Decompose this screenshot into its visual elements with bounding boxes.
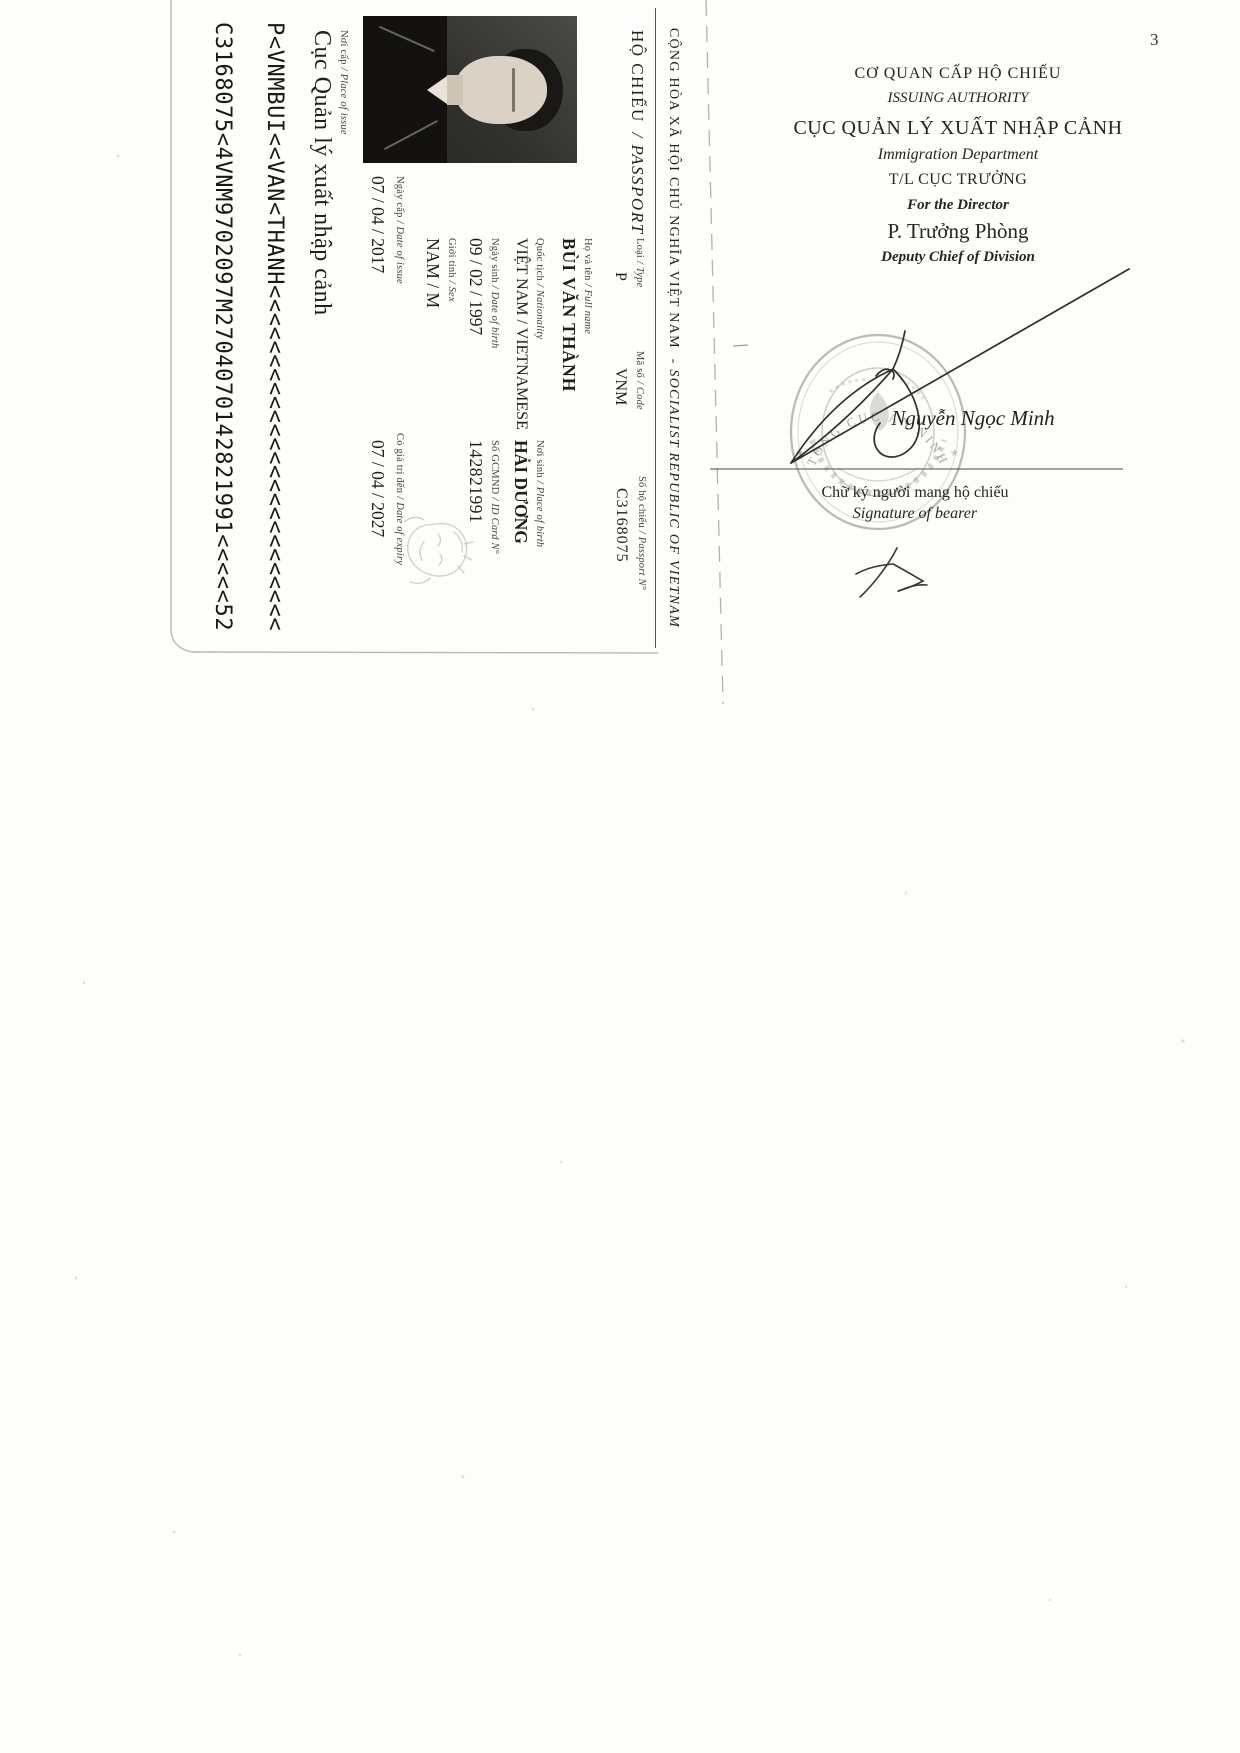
bearer-signature-caption: Chữ ký người mang hộ chiếu Signature of … [765, 482, 1065, 524]
field-type-value: P [611, 272, 629, 281]
field-type-label: Loại/ Type [634, 238, 645, 287]
issuer-signature [791, 269, 1129, 463]
field-code-value: VNM [611, 368, 629, 405]
field-id-card-label: Số GCMND/ ID Card N° [489, 440, 500, 554]
mrz-line-2: C3168075<4VNM9702097M2704070142821991<<<… [210, 22, 235, 631]
for-director-vi: T/L CỤC TRƯỞNG [758, 167, 1158, 192]
document-title-vi: HỘ CHIẾU [628, 30, 647, 123]
passport-header-vi: CỘNG HÒA XÃ HỘI CHỦ NGHĨA VIỆT NAM [666, 28, 681, 349]
photo-face [455, 56, 547, 124]
field-date-of-issue-value: 07 / 04 / 2017 [367, 176, 388, 273]
issuing-authority-en: ISSUING AUTHORITY [758, 86, 1158, 110]
field-sex-label: Giới tính/ Sex [446, 238, 457, 302]
field-nationality-label: Quốc tịch/ Nationality [534, 238, 545, 339]
field-full-name-label: Họ và tên/ Full name [582, 238, 593, 334]
field-code-label: Mã số/ Code [634, 351, 645, 410]
header-rule [655, 8, 656, 648]
field-passport-no-value: C3168075 [612, 488, 630, 563]
deputy-chief-title-vi: P. Trưởng Phòng [758, 218, 1158, 245]
issuing-authority-block: CƠ QUAN CẤP HỘ CHIẾU ISSUING AUTHORITY C… [758, 62, 1158, 270]
department-vi: CỤC QUẢN LÝ XUẤT NHẬP CẢNH [758, 114, 1158, 142]
stamp-star-right-icon: ★ [950, 448, 959, 459]
document-title: HỘ CHIẾU / PASSPORT [627, 30, 647, 235]
mrz-line-1: P<VNMBUI<<VAN<THANH<<<<<<<<<<<<<<<<<<<<<… [262, 22, 287, 631]
signer-name: Nguyễn Ngọc Minh [843, 406, 1103, 431]
bearer-caption-vi: Chữ ký người mang hộ chiếu [765, 482, 1065, 503]
document-title-en: / PASSPORT [628, 133, 647, 235]
field-place-of-birth-value: HẢI DƯƠNG [510, 440, 531, 544]
field-place-of-issue-value: Cục Quản lý xuất nhập cảnh [308, 30, 335, 316]
field-date-of-expiry-value: 07 / 04 / 2027 [367, 440, 388, 537]
issuing-authority-vi: CƠ QUAN CẤP HỘ CHIẾU [758, 62, 1158, 86]
page-number: 3 [1150, 30, 1159, 50]
field-place-of-issue-label: Nơi cấp/ Place of issue [338, 30, 349, 135]
field-sex-value: NAM / M [422, 238, 443, 308]
field-place-of-birth-label: Nơi sinh/ Place of birth [534, 440, 545, 547]
photo-brow [512, 68, 515, 112]
passport-scan-page: TỔNG CỤC AN NINH ★ ★ [0, 0, 1240, 1753]
for-director-en: For the Director [758, 192, 1158, 218]
field-date-of-expiry-label: Có giá trị đến/ Date of expiry [394, 433, 405, 565]
field-nationality-value: VIỆT NAM / VIETNAMESE [512, 238, 530, 430]
field-passport-no-label: Số hộ chiếu/ Passport N° [636, 476, 647, 590]
portrait-photo [363, 16, 577, 163]
passport-data-page: CỘNG HÒA XÃ HỘI CHỦ NGHĨA VIỆT NAM - SOC… [185, 8, 685, 648]
field-full-name-value: BÙI VĂN THÀNH [558, 238, 579, 392]
bearer-caption-en: Signature of bearer [765, 503, 1065, 524]
bearer-signature [856, 548, 927, 597]
field-date-of-birth-label: Ngày sinh/ Date of birth [489, 238, 500, 348]
field-date-of-issue-label: Ngày cấp/ Date of issue [394, 176, 405, 284]
passport-header-en: - SOCIALIST REPUBLIC OF VIETNAM [666, 359, 681, 628]
department-en: Immigration Department [758, 142, 1158, 167]
deputy-chief-title-en: Deputy Chief of Division [758, 245, 1158, 270]
field-date-of-birth-value: 09 / 02 / 1997 [465, 238, 486, 335]
passport-header: CỘNG HÒA XÃ HỘI CHỦ NGHĨA VIỆT NAM - SOC… [665, 8, 681, 648]
